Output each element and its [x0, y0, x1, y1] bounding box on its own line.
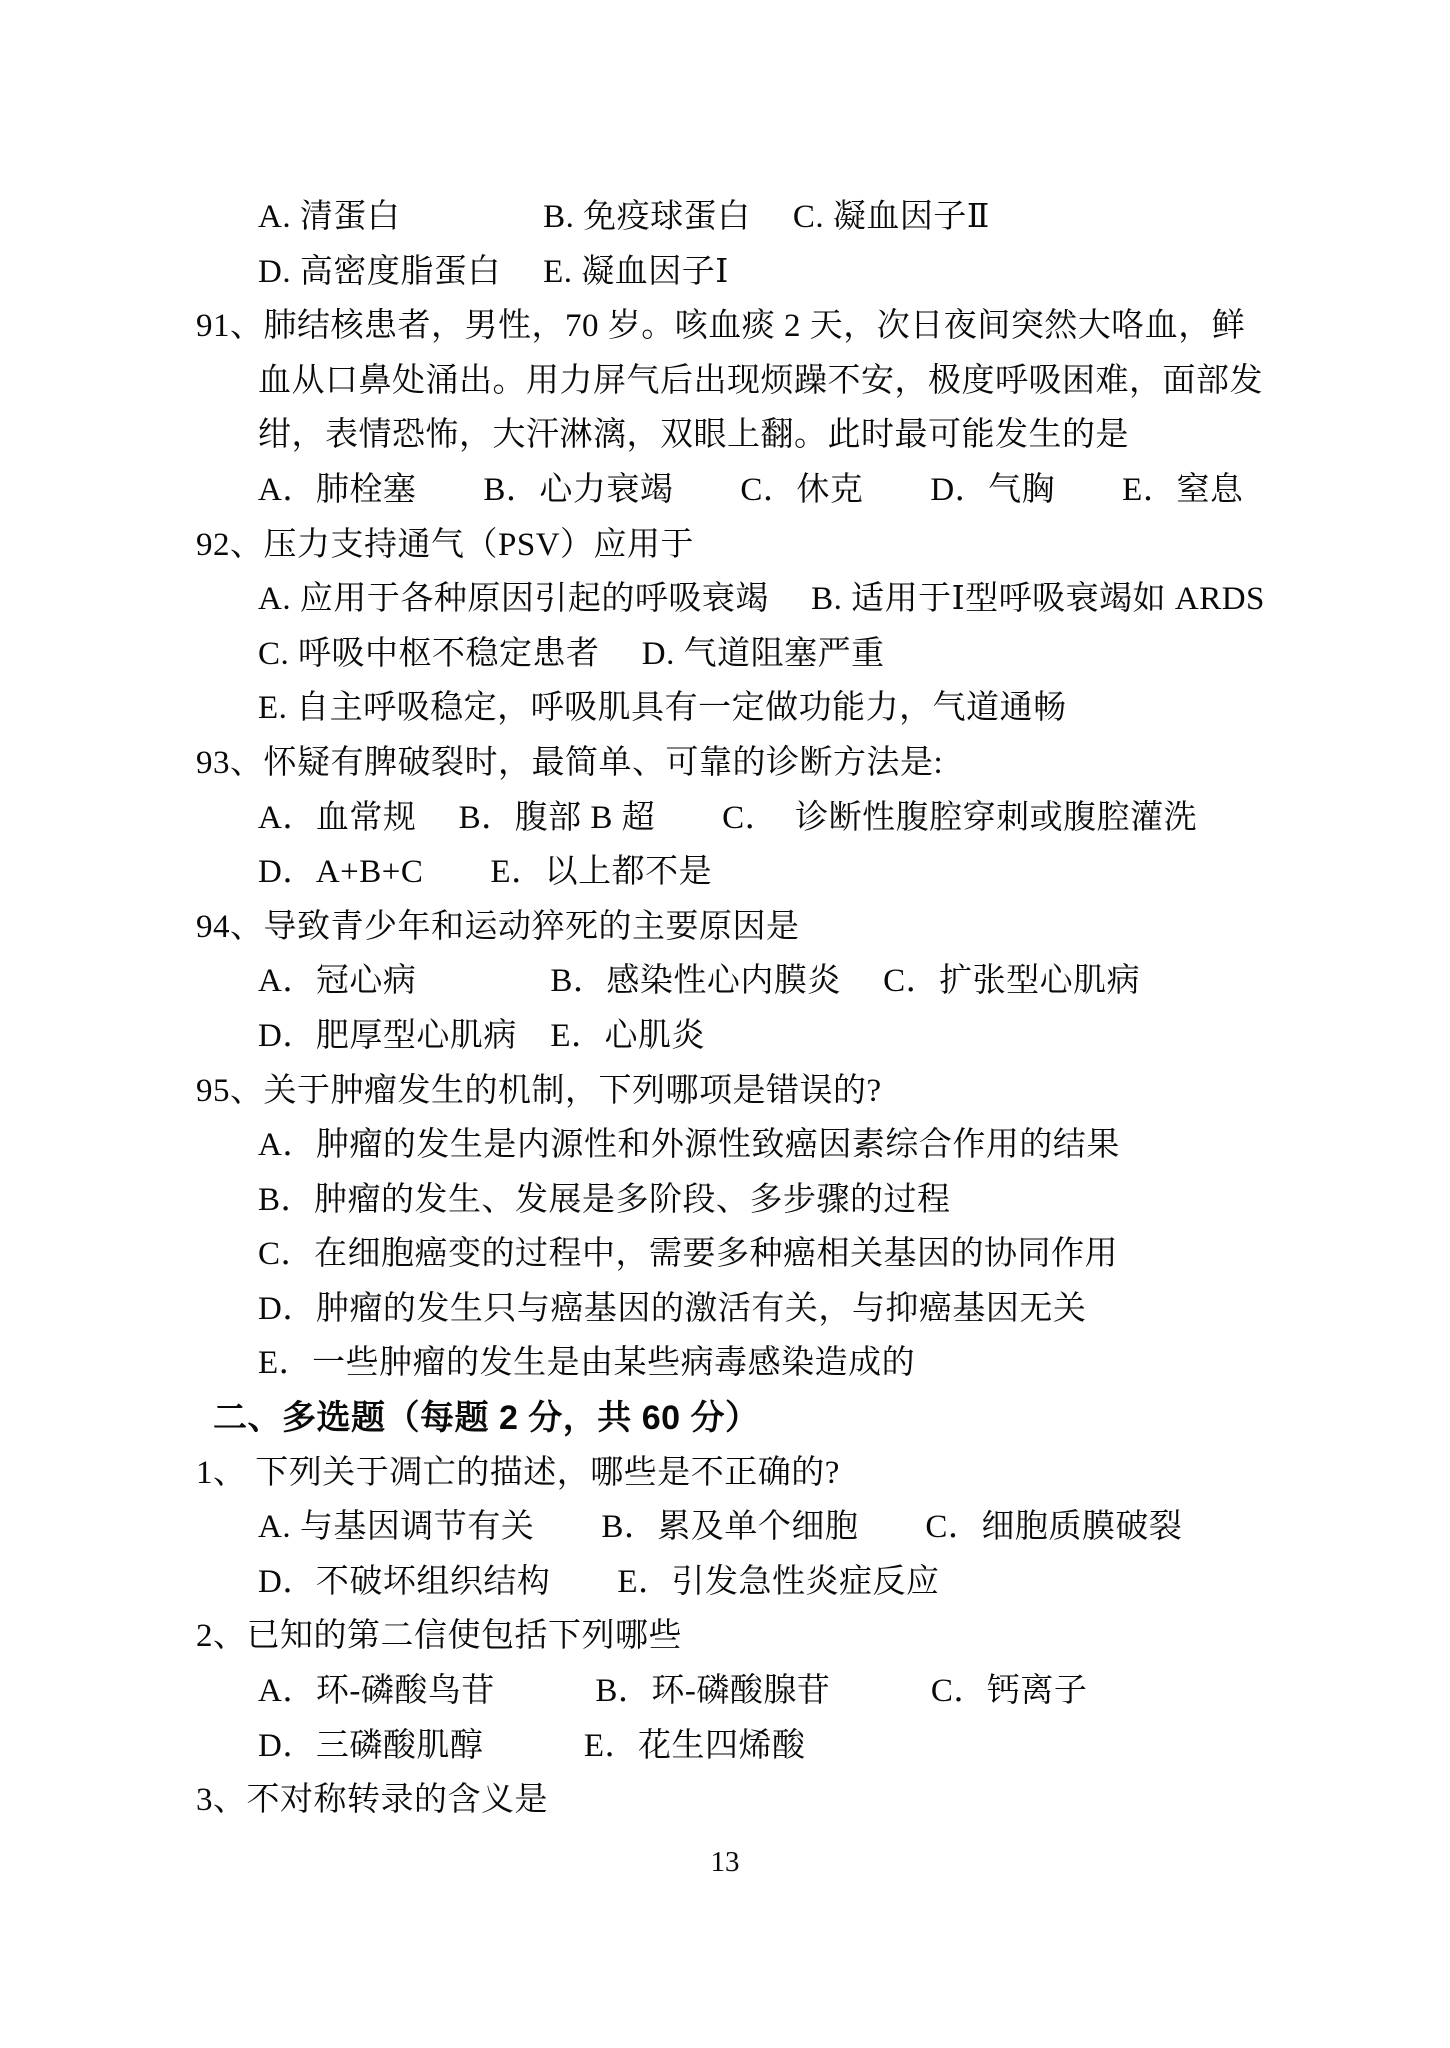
continuation-line: 血从口鼻处涌出。用力屏气后出现烦躁不安，极度呼吸困难，面部发 [0, 354, 1450, 409]
option-line: C．在细胞癌变的过程中，需要多种癌相关基因的协同作用 [0, 1227, 1450, 1282]
option-line: C. 呼吸中枢不稳定患者 D. 气道阻塞严重 [0, 627, 1450, 682]
exam-text-block: A. 清蛋白 B. 免疫球蛋白 C. 凝血因子ⅡD. 高密度脂蛋白 E. 凝血因… [0, 190, 1450, 1828]
option-line: A．肺栓塞 B．心力衰竭 C．休克 D．气胸 E．窒息 [0, 463, 1450, 518]
option-line: A．肿瘤的发生是内源性和外源性致癌因素综合作用的结果 [0, 1118, 1450, 1173]
option-line: E．一些肿瘤的发生是由某些病毒感染造成的 [0, 1336, 1450, 1391]
question-line: 2、已知的第二信使包括下列哪些 [0, 1609, 1450, 1664]
section-heading: 二、多选题（每题 2 分，共 60 分） [0, 1391, 1450, 1446]
question-line: 92、压力支持通气（PSV）应用于 [0, 518, 1450, 573]
option-line: D．肿瘤的发生只与癌基因的激活有关，与抑癌基因无关 [0, 1282, 1450, 1337]
option-line: A．血常规 B．腹部 B 超 C． 诊断性腹腔穿刺或腹腔灌洗 [0, 791, 1450, 846]
question-line: 1、 下列关于凋亡的描述，哪些是不正确的? [0, 1446, 1450, 1501]
document-page: A. 清蛋白 B. 免疫球蛋白 C. 凝血因子ⅡD. 高密度脂蛋白 E. 凝血因… [0, 0, 1450, 2048]
option-line: A．环-磷酸鸟苷 B．环-磷酸腺苷 C．钙离子 [0, 1664, 1450, 1719]
question-line: 3、不对称转录的含义是 [0, 1773, 1450, 1828]
question-line: 93、怀疑有脾破裂时，最简单、可靠的诊断方法是: [0, 736, 1450, 791]
continuation-line: 绀，表情恐怖，大汗淋漓，双眼上翻。此时最可能发生的是 [0, 408, 1450, 463]
option-line: D．A+B+C E．以上都不是 [0, 845, 1450, 900]
option-line: D．肥厚型心肌病 E．心肌炎 [0, 1009, 1450, 1064]
option-line: B．肿瘤的发生、发展是多阶段、多步骤的过程 [0, 1173, 1450, 1228]
option-line: D. 高密度脂蛋白 E. 凝血因子Ⅰ [0, 245, 1450, 300]
question-line: 95、关于肿瘤发生的机制，下列哪项是错误的? [0, 1064, 1450, 1119]
question-line: 91、肺结核患者，男性，70 岁。咳血痰 2 天，次日夜间突然大咯血，鲜 [0, 299, 1450, 354]
question-line: 94、导致青少年和运动猝死的主要原因是 [0, 900, 1450, 955]
option-line: A. 与基因调节有关 B．累及单个细胞 C．细胞质膜破裂 [0, 1500, 1450, 1555]
option-line: E. 自主呼吸稳定，呼吸肌具有一定做功能力，气道通畅 [0, 681, 1450, 736]
option-line: A. 清蛋白 B. 免疫球蛋白 C. 凝血因子Ⅱ [0, 190, 1450, 245]
option-line: D．三磷酸肌醇 E．花生四烯酸 [0, 1719, 1450, 1774]
option-line: A．冠心病 B．感染性心内膜炎 C．扩张型心肌病 [0, 954, 1450, 1009]
option-line: A. 应用于各种原因引起的呼吸衰竭 B. 适用于Ⅰ型呼吸衰竭如 ARDS [0, 572, 1450, 627]
page-number: 13 [0, 1842, 1450, 1882]
option-line: D．不破坏组织结构 E．引发急性炎症反应 [0, 1555, 1450, 1610]
